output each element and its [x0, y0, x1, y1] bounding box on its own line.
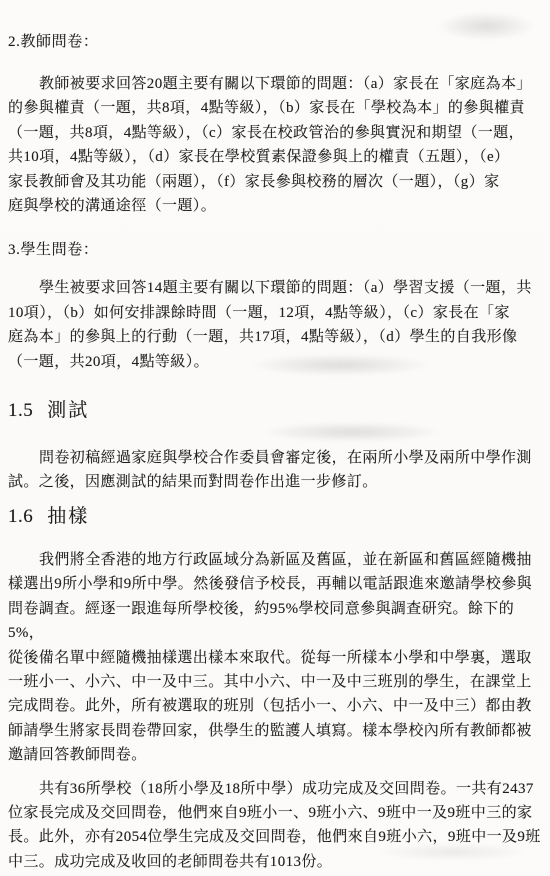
section-title-sampling: 抽樣 [47, 506, 89, 527]
section-number-sampling: 1.6 [8, 506, 33, 527]
testing-paragraph: 問卷初稿經過家庭與學校合作委員會審定後，在兩所小學及兩所中學作測 試。之後，因應… [8, 446, 542, 495]
student-questionnaire-paragraph: 學生被要求回答14題主要有關以下環節的問題：（a）學習支援（一題，共 10項），… [8, 276, 542, 374]
section-number-testing: 1.5 [8, 400, 33, 421]
section-heading-sampling: 1.6抽樣 [8, 504, 542, 530]
student-questionnaire-heading: 3.學生問卷： [8, 238, 542, 262]
teacher-questionnaire-paragraph: 教師被要求回答20題主要有關以下環節的問題：（a）家長在「家庭為本」 的參與權責… [8, 72, 542, 218]
teacher-questionnaire-heading: 2.教師問卷： [8, 30, 542, 54]
section-heading-testing: 1.5測試 [8, 398, 542, 424]
scan-smudge [262, 422, 442, 442]
scanned-document-page: 2.教師問卷： 教師被要求回答20題主要有關以下環節的問題：（a）家長在「家庭為… [0, 0, 550, 876]
sampling-results-paragraph: 共有36所學校（18所小學及18所中學）成功完成及交回問卷。一共有2437 位家… [8, 777, 542, 875]
section-title-testing: 測試 [47, 400, 89, 421]
sampling-paragraph: 我們將全香港的地方行政區域分為新區及舊區，並在新區和舊區經隨機抽 樣選出9所小學… [8, 548, 542, 768]
